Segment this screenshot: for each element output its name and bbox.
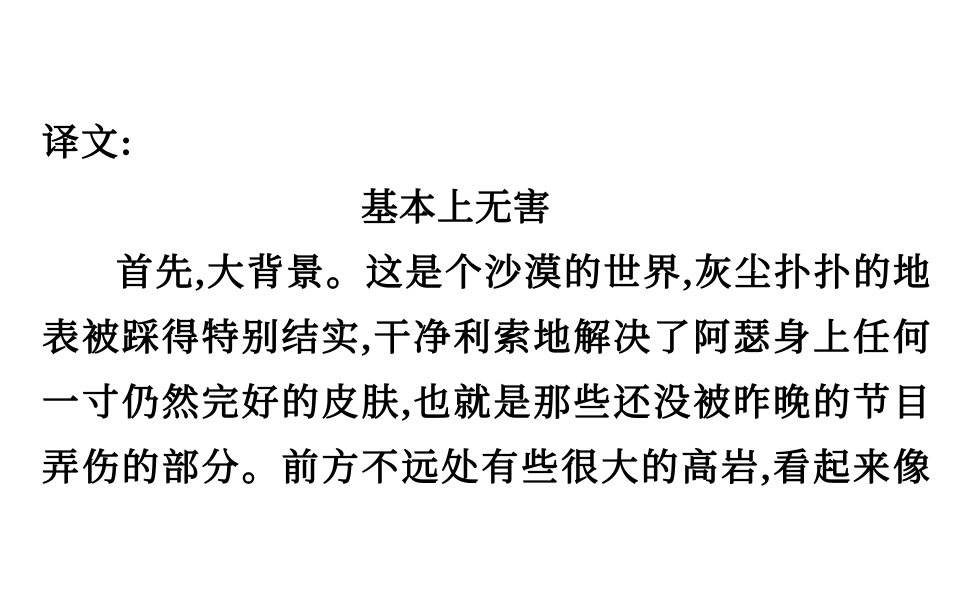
paragraph-line: 首先,大背景。这是个沙漠的世界,灰尘扑扑的地 (42, 241, 930, 306)
paragraph-line: 弄伤的部分。前方不远处有些很大的高岩,看起来像 (42, 436, 930, 501)
translation-label: 译文: (42, 111, 930, 176)
paragraph-line: 一寸仍然完好的皮肤,也就是那些还没被昨晚的节目 (42, 371, 930, 436)
document-title: 基本上无害 (42, 176, 930, 241)
text-block: 译文: 基本上无害 首先,大背景。这是个沙漠的世界,灰尘扑扑的地 表被踩得特别结… (42, 111, 930, 501)
slide-page: 译文: 基本上无害 首先,大背景。这是个沙漠的世界,灰尘扑扑的地 表被踩得特别结… (0, 0, 960, 599)
paragraph-line: 表被踩得特别结实,干净利索地解决了阿瑟身上任何 (42, 306, 930, 371)
